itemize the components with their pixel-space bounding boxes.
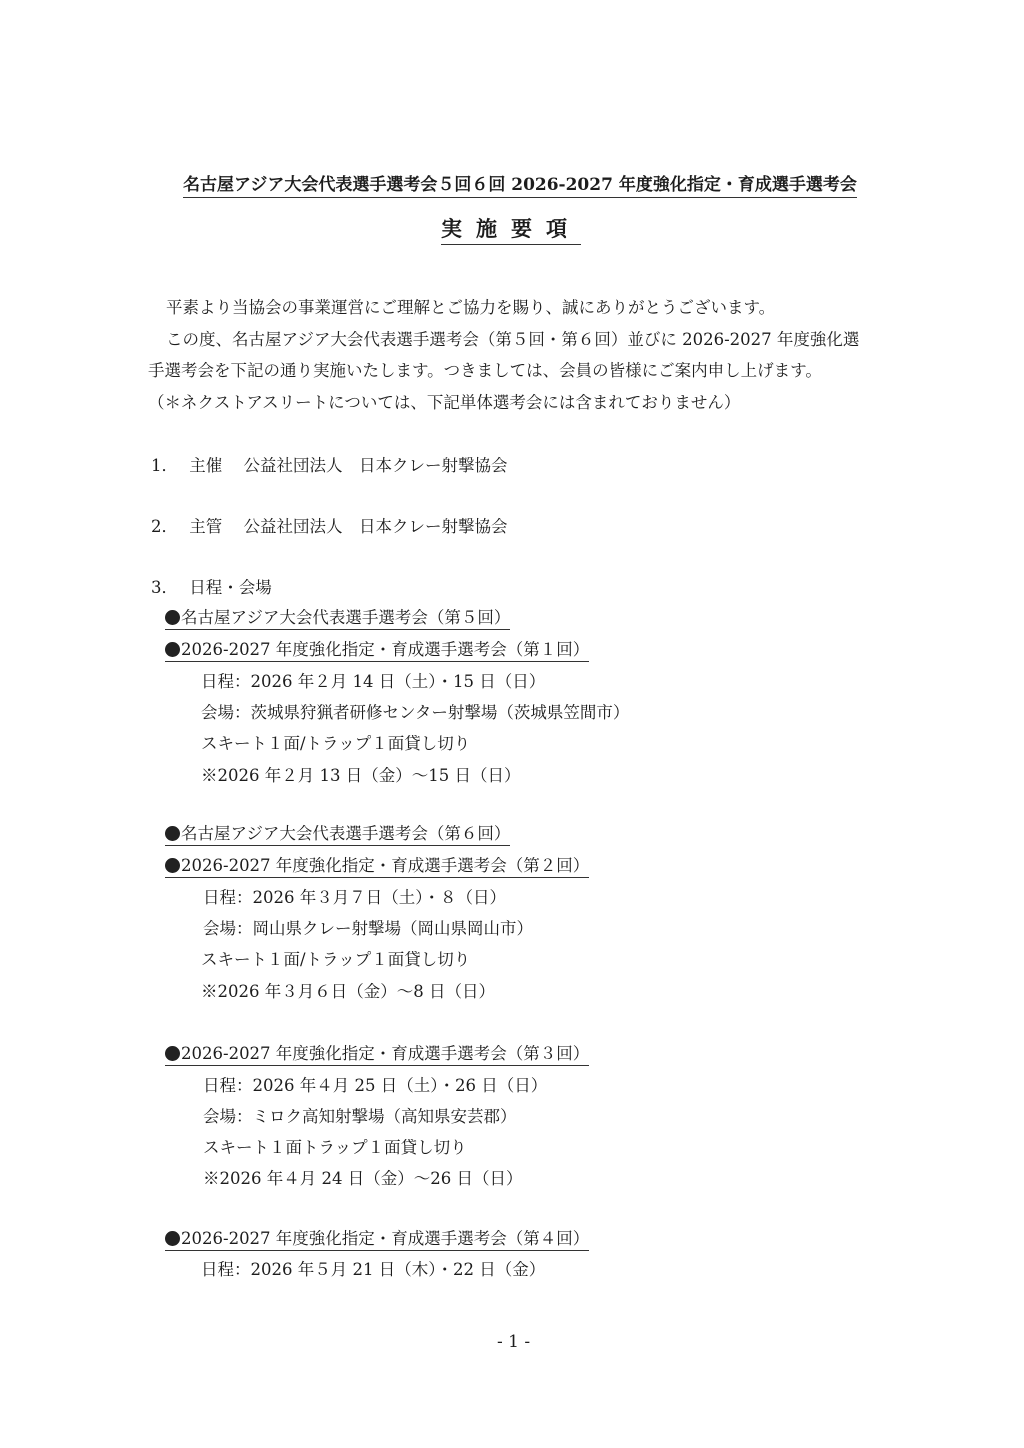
section-label: 主管	[189, 517, 222, 536]
event-schedule: 日程：2026 年４月 25 日（土）・26 日（日）	[203, 1072, 547, 1096]
section-value: 公益社団法人 日本クレー射撃協会	[244, 456, 508, 475]
section-manager: 2． 主管 公益社団法人 日本クレー射撃協会	[151, 513, 508, 537]
event-note: ※2026 年２月 13 日（金）～15 日（日）	[201, 762, 520, 786]
intro-line-3: 手選考会を下記の通り実施いたします。つきましては、会員の皆様にご案内申し上げます…	[148, 357, 822, 381]
event-range: スキート１面/トラップ１面貸し切り	[201, 730, 470, 754]
page-number: - 1 -	[497, 1332, 530, 1352]
bullet-icon	[165, 858, 180, 873]
section-value: 公益社団法人 日本クレー射撃協会	[244, 517, 508, 536]
bullet-icon	[165, 642, 180, 657]
section-label: 日程・会場	[189, 578, 272, 597]
event-heading: 2026-2027 年度強化指定・育成選手選考会（第４回）	[165, 1225, 589, 1251]
event-schedule: 日程：2026 年２月 14 日（土）・15 日（日）	[201, 668, 545, 692]
event-venue: 会場：茨城県狩猟者研修センター射撃場（茨城県笠間市）	[201, 699, 629, 723]
bullet-icon	[165, 1231, 180, 1246]
section-number: 2．	[151, 517, 178, 536]
intro-note: （＊ネクストアスリートについては、下記単体選考会には含まれておりません）	[148, 389, 740, 413]
document-subtitle: 実施要項	[441, 213, 581, 245]
event-note: ※2026 年４月 24 日（金）～26 日（日）	[203, 1165, 522, 1189]
event-range: スキート１面トラップ１面貸し切り	[203, 1134, 467, 1158]
event-schedule: 日程：2026 年５月 21 日（木）・22 日（金）	[201, 1256, 545, 1280]
document-title: 名古屋アジア大会代表選手選考会５回６回 2026-2027 年度強化指定・育成選…	[183, 170, 857, 198]
event-range: スキート１面/トラップ１面貸し切り	[201, 946, 470, 970]
event-heading: 2026-2027 年度強化指定・育成選手選考会（第３回）	[165, 1040, 589, 1066]
event-schedule: 日程：2026 年３月７日（土）・８（日）	[203, 884, 506, 908]
section-organizer: 1． 主催 公益社団法人 日本クレー射撃協会	[151, 452, 508, 476]
event-heading: 名古屋アジア大会代表選手選考会（第６回）	[165, 820, 510, 846]
event-venue: 会場：ミロク高知射撃場（高知県安芸郡）	[203, 1103, 517, 1127]
document-page: 名古屋アジア大会代表選手選考会５回６回 2026-2027 年度強化指定・育成選…	[0, 0, 1024, 1448]
bullet-icon	[165, 610, 180, 625]
event-heading: 2026-2027 年度強化指定・育成選手選考会（第２回）	[165, 852, 589, 878]
intro-line-1: 平素より当協会の事業運営にご理解とご協力を賜り、誠にありがとうございます。	[166, 294, 775, 318]
section-schedule-venue: 3． 日程・会場	[151, 574, 272, 598]
event-note: ※2026 年３月６日（金）～8 日（日）	[201, 978, 495, 1002]
section-label: 主催	[189, 456, 222, 475]
section-number: 1．	[151, 456, 178, 475]
bullet-icon	[165, 826, 180, 841]
event-heading: 名古屋アジア大会代表選手選考会（第５回）	[165, 604, 510, 630]
intro-line-2: この度、名古屋アジア大会代表選手選考会（第５回・第６回）並びに 2026-202…	[166, 326, 859, 350]
event-venue: 会場：岡山県クレー射撃場（岡山県岡山市）	[203, 915, 533, 939]
event-heading: 2026-2027 年度強化指定・育成選手選考会（第１回）	[165, 636, 589, 662]
bullet-icon	[165, 1046, 180, 1061]
section-number: 3．	[151, 578, 178, 597]
